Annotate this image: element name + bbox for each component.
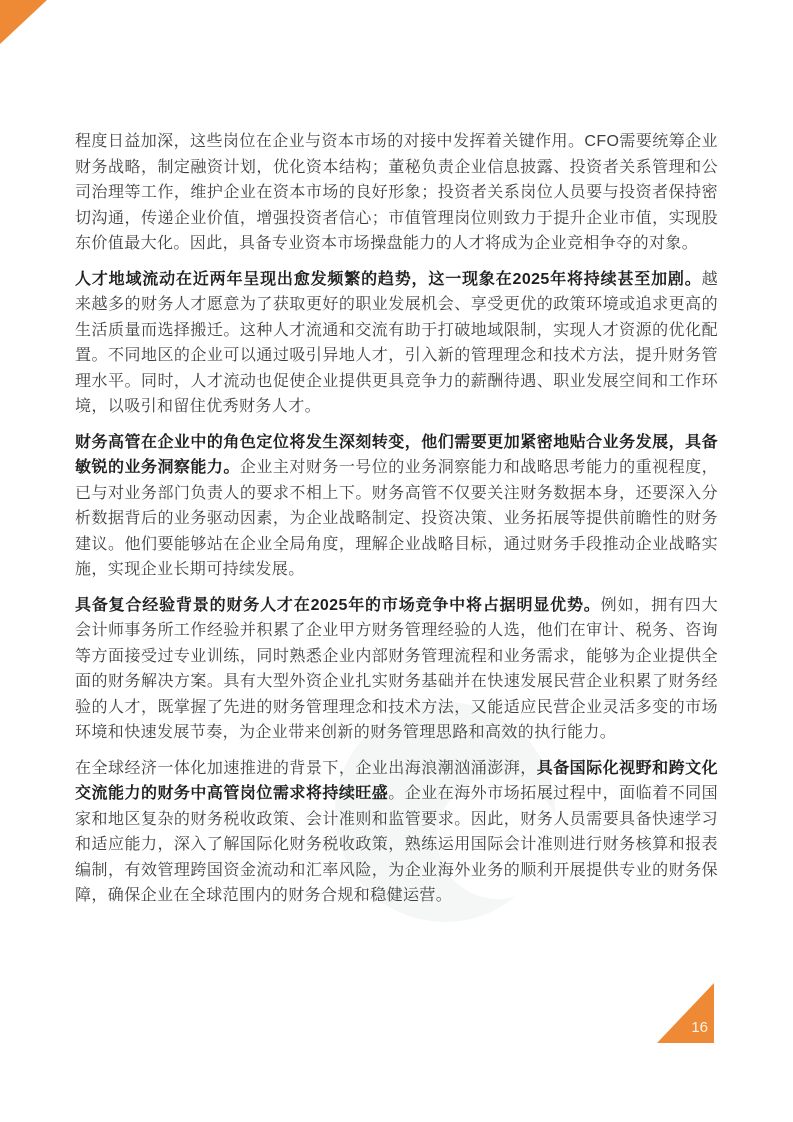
paragraph-segment: 例如，拥有四大会计师事务所工作经验并积累了企业甲方财务管理经验的人选，他们在审计…	[75, 597, 718, 742]
paragraph: 财务高管在企业中的角色定位将发生深刻转变，他们需要更加紧密地贴合业务发展，具备敏…	[75, 430, 718, 583]
paragraph: 具备复合经验背景的财务人才在2025年的市场竞争中将占据明显优势。例如，拥有四大…	[75, 593, 718, 746]
document-body: 程度日益加深，这些岗位在企业与资本市场的对接中发挥着关键作用。CFO需要统筹企业…	[75, 129, 718, 919]
paragraph: 在全球经济一体化加速推进的背景下，企业出海浪潮汹涌澎湃，具备国际化视野和跨文化交…	[75, 756, 718, 909]
paragraph-segment-bold: 具备复合经验背景的财务人才在2025年的市场竞争中将占据明显优势。	[75, 597, 601, 614]
paragraph-segment: 。企业在海外市场拓展过程中，面临着不同国家和地区复杂的财务税收政策、会计准则和监…	[75, 785, 718, 904]
paragraph-segment: 在全球经济一体化加速推进的背景下，企业出海浪潮汹涌澎湃，	[75, 760, 537, 777]
paragraph-segment: 程度日益加深，这些岗位在企业与资本市场的对接中发挥着关键作用。CFO需要统筹企业…	[75, 133, 718, 252]
page-number: 16	[691, 1020, 708, 1035]
paragraph-segment: 企业主对财务一号位的业务洞察能力和战略思考能力的重视程度，已与对业务部门负责人的…	[75, 459, 718, 578]
paragraph-segment-bold: 人才地域流动在近两年呈现出愈发频繁的趋势，这一现象在2025年将持续甚至加剧。	[75, 271, 702, 288]
report-page: { "page": { "number": "16", "accent_colo…	[0, 0, 793, 1122]
paragraph-segment: 越来越多的财务人才愿意为了获取更好的职业发展机会、享受更优的政策环境或追求更高的…	[75, 271, 718, 416]
page-number-triangle: 16	[657, 983, 714, 1043]
paragraph: 程度日益加深，这些岗位在企业与资本市场的对接中发挥着关键作用。CFO需要统筹企业…	[75, 129, 718, 257]
corner-accent-top-left-triangle	[0, 0, 47, 44]
paragraph: 人才地域流动在近两年呈现出愈发频繁的趋势，这一现象在2025年将持续甚至加剧。越…	[75, 267, 718, 420]
